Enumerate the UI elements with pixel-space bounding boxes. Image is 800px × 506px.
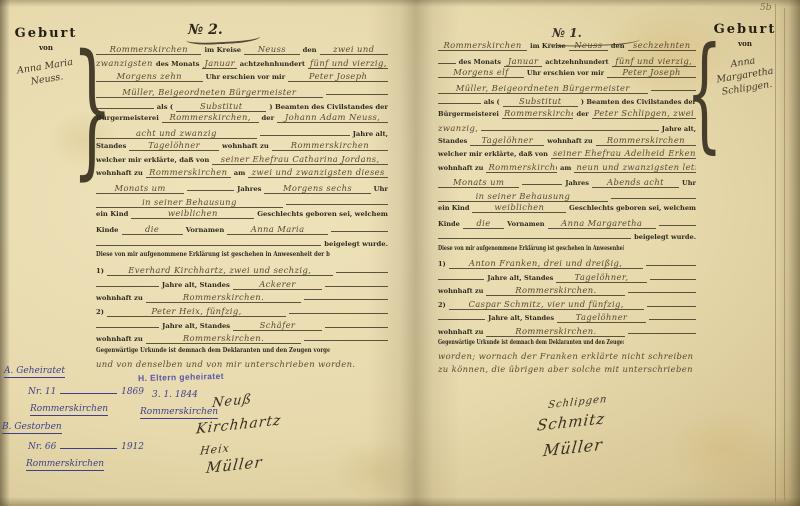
handwritten-entry: Müller, Beigeordneten Bürgermeister: [438, 83, 648, 94]
note-underline: [60, 385, 117, 394]
handwritten-text: zwanzigsten: [96, 58, 153, 68]
handwritten-entry: Peter Joseph: [288, 71, 388, 82]
blank-underline: [260, 126, 350, 136]
printed-text: im Kreise: [204, 45, 241, 55]
parents-married-date: 3. 1. 1844: [152, 390, 198, 400]
printed-text: als (: [484, 97, 500, 107]
blank-underline: [325, 318, 388, 328]
printed-text: Jahre alt, Standes: [162, 280, 230, 290]
handwritten-entry: neun und zwanzigsten letzten: [574, 162, 696, 173]
printed-text: welcher mir erklärte, daß von: [438, 149, 548, 159]
handwritten-entry: Morgens zehn: [96, 71, 203, 82]
form-line: Diese von mir aufgenommene Erklärung ist…: [96, 249, 330, 263]
handwritten-entry: Rommerskirchen: [146, 167, 231, 178]
handwritten-entry: Neuss: [244, 44, 299, 55]
signature: Müller: [205, 453, 263, 477]
handwritten-entry: Substitut: [176, 101, 266, 112]
handwritten-entry: Johann Adam Neuss,: [277, 112, 388, 123]
printed-text: Jahre alt, Standes: [162, 321, 230, 331]
form-line: Gegenwärtige Urkunde ist demnach dem Dek…: [96, 345, 330, 359]
handwritten-entry: seiner Ehefrau Catharina Jordans,: [212, 154, 388, 165]
handwritten-entry: weiblichen: [472, 202, 566, 213]
form-line: 2)Caspar Schmitz, vier und fünfzig,: [438, 297, 696, 311]
handwritten-entry: Rommerskirchen,: [162, 112, 259, 123]
form-line: wohnhaft zuRommerskirchen.: [96, 331, 388, 345]
blank-underline: [96, 236, 321, 246]
handwritten-entry: sechzehnten: [628, 40, 696, 51]
form-line: ein KindweiblichenGeschlechts geboren se…: [96, 208, 388, 222]
form-line: wohnhaft zuRommerskirchenamneun und zwan…: [438, 162, 696, 176]
blank-underline: [336, 263, 388, 273]
handwritten-entry: Morgens elf: [438, 67, 524, 78]
printed-text: 2): [96, 307, 104, 317]
printed-text: 1): [438, 259, 446, 269]
form-line: Morgens zehnUhr erschien vor mirPeter Jo…: [96, 71, 388, 85]
printed-text: Kinde: [96, 225, 119, 235]
blank-underline: [628, 283, 696, 293]
handwritten-entry: Rommerskirchen: [438, 40, 527, 51]
handwritten-text: und von denselben und von mir unterschri…: [96, 359, 355, 369]
paper-stain: [330, 440, 420, 500]
register-double-page-scan: 5b № 2. Geburt von Anna Maria Neuss. Rom…: [0, 0, 800, 506]
printed-text: Bürgermeisterei: [438, 109, 499, 119]
signature: Müller: [542, 435, 604, 461]
printed-text: beigelegt wurde.: [634, 232, 696, 242]
handwritten-entry: die: [122, 224, 183, 235]
handwritten-entry: Morgens sechs: [264, 183, 370, 194]
form-line: worden; wornach der Franken erklärte nic…: [438, 351, 696, 365]
blank-underline: [647, 297, 696, 307]
printed-text: am: [560, 163, 571, 173]
handwritten-text: zu können, die übrigen aber solche mit u…: [438, 364, 696, 374]
parents-married-place: Rommerskirchen: [140, 407, 218, 419]
signature: Heix: [199, 441, 230, 457]
blank-underline: [438, 229, 631, 239]
printed-text: wohnhaft zu: [96, 293, 143, 303]
handwritten-entry: Substitut: [503, 96, 578, 107]
form-line: zwanzig,Jahre alt,: [438, 121, 696, 135]
blank-underline: [96, 318, 159, 328]
handwritten-entry: Rommerskirchen.: [486, 285, 625, 296]
note-underline: [60, 440, 117, 449]
handwritten-entry: die: [463, 218, 504, 229]
handwritten-entry: seiner Ehefrau Adelheid Erkens,: [551, 148, 696, 159]
form-line: in seiner Behausung: [438, 189, 696, 203]
printed-text: der: [576, 109, 588, 119]
form-line: Jahre alt, StandesSchäfer: [96, 318, 388, 332]
form-line: BürgermeistereiRommerskirchen,derPeter S…: [438, 108, 696, 122]
blank-underline: [438, 270, 484, 280]
parents-married-stamp: H. Eltern geheiratet: [138, 371, 224, 383]
form-line: Gegenwärtige Urkunde ist demnach dem Dek…: [438, 337, 624, 351]
printed-text: ein Kind: [96, 209, 128, 219]
form-line: 1)Anton Franken, drei und dreißig,: [438, 256, 696, 270]
printed-text: Jahre alt,: [353, 129, 388, 139]
handwritten-entry: Rommerskirchen: [486, 162, 557, 173]
blank-underline: [96, 99, 154, 109]
form-line: ein KindweiblichenGeschlechts geboren se…: [438, 202, 696, 216]
note-died-place: Rommerskirchen: [26, 459, 104, 471]
handwritten-entry: acht und zwanzig: [96, 128, 257, 139]
form-line: Jahre alt, StandesTagelöhner: [438, 310, 696, 324]
form-line: und von denselben und von mir unterschri…: [96, 359, 388, 373]
form-line: wohnhaft zuRommerskirchen.: [96, 290, 388, 304]
handwritten-entry: weiblichen: [131, 208, 254, 219]
handwritten-entry: Abends acht: [592, 177, 679, 188]
form-line: Monats umJahresAbends achtUhr: [438, 175, 696, 189]
printed-text: Geschlechts geboren sei, welchem: [257, 209, 388, 219]
form-line: Morgens elfUhr erschien vor mirPeter Jos…: [438, 67, 696, 81]
pencil-corner-mark: 5b: [760, 3, 772, 13]
blank-underline: [659, 216, 696, 226]
printed-text: wohnhaft zu: [96, 168, 143, 178]
signature: Schmitz: [536, 409, 606, 434]
blank-underline: [304, 290, 388, 300]
handwritten-entry: Peter Joseph: [607, 67, 696, 78]
form-line: beigelegt wurde.: [96, 236, 388, 250]
form-line: StandesTagelöhnerwohnhaft zuRommerskirch…: [438, 135, 696, 149]
form-line: wohnhaft zuRommerskirchen.: [438, 324, 696, 338]
form-line: Müller, Beigeordneten Bürgermeister: [438, 81, 696, 95]
printed-text: Standes: [438, 136, 467, 146]
printed-text: welcher mir erklärte, daß von: [96, 155, 209, 165]
blank-underline: [331, 222, 388, 232]
note-married-number: Nr. 11 1869: [28, 385, 144, 397]
blank-underline: [326, 85, 388, 95]
blank-underline: [481, 121, 658, 131]
handwritten-entry: Ackerer: [233, 279, 322, 290]
printed-text: ) Beamten des Civilstandes der: [581, 97, 696, 107]
signature: Neuß: [211, 392, 253, 411]
printed-text: wohnhaft zu: [96, 334, 143, 344]
form-line: welcher mir erklärte, daß vonseiner Ehef…: [438, 148, 696, 162]
handwritten-entry: fünf und vierzig,: [308, 58, 388, 69]
handwritten-entry: Tagelöhner: [129, 140, 219, 151]
printed-text: Vornamen: [507, 219, 544, 229]
handwritten-text: worden; wornach der Franken erklärte nic…: [438, 351, 693, 361]
form-line: 1)Everhard Kirchhartz, zwei und sechzig,: [96, 263, 388, 277]
handwritten-entry: Januar: [202, 58, 236, 69]
printed-text: Uhr: [682, 178, 696, 188]
form-line: Rommerskirchenim KreiseNeussdenzwei und: [96, 44, 388, 58]
printed-text: als (: [157, 102, 173, 112]
handwritten-entry: zwei und: [320, 44, 388, 55]
note-married-place: Rommerskirchen: [30, 404, 108, 416]
printed-text: Jahre alt,: [662, 124, 696, 134]
printed-text: Bürgermeisterei: [96, 113, 159, 123]
printed-text: Jahre alt, Standes: [488, 313, 554, 323]
handwritten-entry: Müller, Beigeordneten Bürgermeister: [96, 87, 323, 98]
printed-text: 2): [438, 300, 446, 310]
printed-text: den: [611, 41, 625, 51]
printed-text: wohnhaft zu: [438, 327, 483, 337]
form-line: Diese von mir aufgenommene Erklärung ist…: [438, 243, 624, 257]
handwritten-entry: in seiner Behausung: [438, 191, 608, 202]
printed-text: Uhr erschien vor mir: [206, 72, 286, 82]
handwritten-entry: fünf und vierzig,: [612, 56, 696, 67]
handwritten-entry: Anna Margaretha: [548, 218, 656, 229]
handwritten-entry: Anton Franken, drei und dreißig,: [449, 258, 643, 269]
handwritten-entry: Rommerskirchen.: [486, 326, 625, 337]
form-line: acht und zwanzigJahre alt,: [96, 126, 388, 140]
printed-text: des Monats: [459, 57, 501, 67]
handwritten-entry: Rommerskirchen: [96, 44, 201, 55]
printed-text: Gegenwärtige Urkunde ist demnach dem Dek…: [438, 337, 624, 347]
form-line: in seiner Behausung: [96, 195, 388, 209]
printed-text: Standes: [96, 141, 126, 151]
form-line: Müller, Beigeordneten Bürgermeister: [96, 85, 388, 99]
form-line: 2)Peter Heix, fünfzig,: [96, 304, 388, 318]
blank-underline: [650, 270, 696, 280]
blank-underline: [649, 310, 696, 320]
printed-text: wohnhaft zu: [438, 163, 483, 173]
blank-underline: [646, 256, 696, 266]
note-married-label: A. Geheiratet: [4, 366, 65, 378]
form-line: Jahre alt, StandesAckerer: [96, 277, 388, 291]
birth-form-right: Rommerskirchenim KreiseNeussdensechzehnt…: [438, 40, 696, 378]
form-line: zu können, die übrigen aber solche mit u…: [438, 364, 696, 378]
printed-text: Jahres: [565, 178, 589, 188]
printed-text: 1): [96, 266, 104, 276]
blank-underline: [187, 181, 234, 191]
handwritten-entry: in seiner Behausung: [96, 197, 283, 208]
blank-underline: [286, 195, 388, 205]
printed-text: Uhr erschien vor mir: [527, 68, 604, 78]
handwritten-entry: zwei und zwanzigsten dieses: [248, 167, 388, 178]
printed-text: Geschlechts geboren sei, welchem: [569, 203, 696, 213]
blank-underline: [96, 277, 159, 287]
printed-text: beigelegt wurde.: [324, 239, 388, 249]
printed-text: der: [262, 113, 275, 123]
handwritten-entry: Tagelöhner: [470, 135, 544, 146]
printed-text: Vornamen: [186, 225, 225, 235]
form-line: welcher mir erklärte, daß vonseiner Ehef…: [96, 154, 388, 168]
handwritten-entry: Rommerskirchen,: [502, 108, 574, 119]
blank-underline: [438, 310, 485, 320]
form-line: beigelegt wurde.: [438, 229, 696, 243]
note-died-number: Nr. 66 1912: [28, 440, 144, 452]
printed-text: am: [234, 168, 246, 178]
handwritten-entry: Anna Maria: [227, 224, 328, 235]
handwritten-entry: Rommerskirchen.: [146, 292, 301, 303]
form-line: StandesTagelöhnerwohnhaft zuRommerskirch…: [96, 140, 388, 154]
handwritten-entry: Monats um: [96, 183, 184, 194]
form-line: Jahre alt, StandesTagelöhner,: [438, 270, 696, 284]
form-line: KindedieVornamenAnna Margaretha: [438, 216, 696, 230]
printed-text: achtzehnhundert: [545, 57, 608, 67]
form-line: wohnhaft zuRommerskirchenamzwei und zwan…: [96, 167, 388, 181]
printed-text: ) Beamten des Civilstandes der: [269, 102, 388, 112]
handwritten-entry: Peter Heix, fünfzig,: [107, 306, 286, 317]
printed-text: des Monats: [156, 59, 200, 69]
printed-text: Diese von mir aufgenommene Erklärung ist…: [96, 249, 330, 259]
handwritten-entry: Everhard Kirchhartz, zwei und sechzig,: [107, 265, 333, 276]
handwritten-entry: Rommerskirchen: [596, 135, 696, 146]
printed-text: wohnhaft zu: [547, 136, 592, 146]
birth-form-left: Rommerskirchenim KreiseNeussdenzwei undz…: [96, 44, 388, 373]
blank-underline: [522, 175, 562, 185]
handwritten-entry: Tagelöhner,: [556, 272, 646, 283]
form-line: zwanzigstendes MonatsJanuarachtzehnhunde…: [96, 58, 388, 72]
blank-underline: [325, 277, 388, 287]
printed-text: Gegenwärtige Urkunde ist demnach dem Dek…: [96, 345, 330, 355]
form-line: als (Substitut) Beamten des Civilstandes…: [96, 99, 388, 113]
signature: Schlipgen: [548, 394, 608, 411]
printed-text: wohnhaft zu: [222, 141, 269, 151]
blank-underline: [438, 54, 456, 64]
blank-underline: [438, 94, 481, 104]
blank-underline: [651, 81, 696, 91]
paper-stain: [668, 408, 778, 488]
form-line: des MonatsJanuarachtzehnhundertfünf und …: [438, 54, 696, 68]
handwritten-entry: Neuss: [569, 40, 608, 51]
handwritten-entry: Januar: [504, 56, 542, 67]
printed-text: achtzehnhundert: [240, 59, 305, 69]
handwritten-entry: Caspar Schmitz, vier und fünfzig,: [449, 299, 644, 310]
form-line: als (Substitut) Beamten des Civilstandes…: [438, 94, 696, 108]
printed-text: Diese von mir aufgenommene Erklärung ist…: [438, 243, 624, 253]
handwritten-entry: Rommerskirchen: [272, 140, 388, 151]
printed-text: ein Kind: [438, 203, 469, 213]
blank-underline: [289, 304, 388, 314]
printed-text: Jahre alt, Standes: [487, 273, 553, 283]
handwritten-entry: Rommerskirchen.: [146, 333, 301, 344]
printed-text: den: [303, 45, 317, 55]
blank-underline: [304, 331, 388, 341]
note-died-label: B. Gestorben: [2, 422, 62, 434]
form-line: wohnhaft zuRommerskirchen.: [438, 283, 696, 297]
blank-underline: [611, 189, 696, 199]
handwritten-entry: Tagelöhner: [557, 312, 646, 323]
handwritten-text: zwanzig,: [438, 123, 478, 133]
handwritten-entry: Peter Schlipgen, zwei und: [592, 108, 696, 119]
printed-text: wohnhaft zu: [438, 286, 483, 296]
printed-text: Uhr: [374, 184, 388, 194]
form-line: Monats umJahresMorgens sechsUhr: [96, 181, 388, 195]
printed-text: Kinde: [438, 219, 460, 229]
form-line: KindedieVornamenAnna Maria: [96, 222, 388, 236]
form-line: Rommerskirchenim KreiseNeussdensechzehnt…: [438, 40, 696, 54]
printed-text: Jahres: [237, 184, 261, 194]
blank-underline: [628, 324, 696, 334]
form-line: BürgermeistereiRommerskirchen,derJohann …: [96, 112, 388, 126]
handwritten-entry: Schäfer: [233, 320, 322, 331]
printed-text: im Kreise: [530, 41, 566, 51]
handwritten-entry: Monats um: [438, 177, 519, 188]
